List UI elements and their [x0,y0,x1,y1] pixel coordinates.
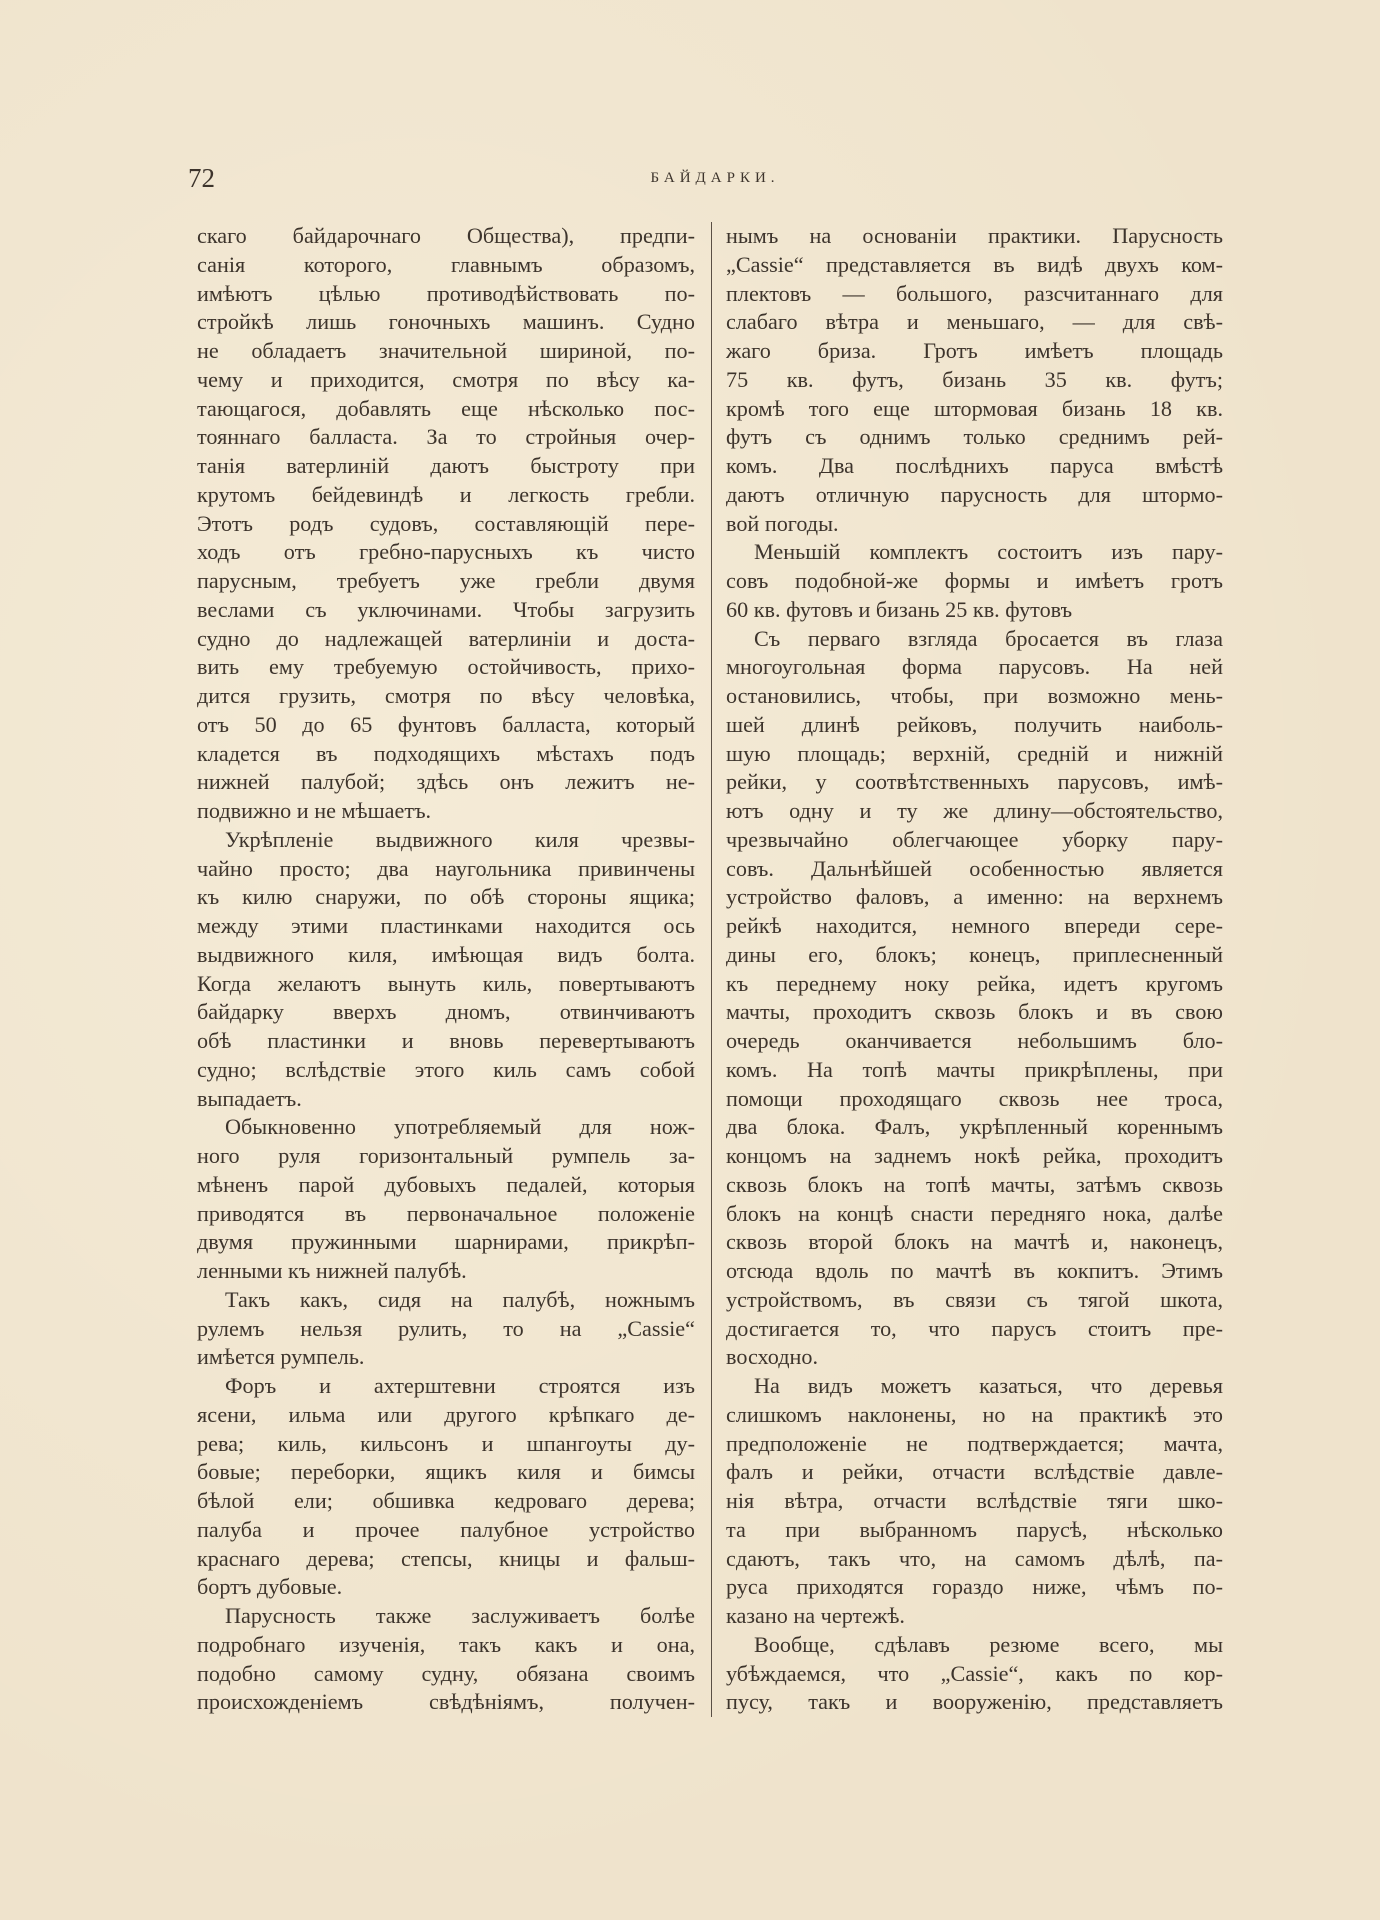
text-line: рейкѣ находится, немного впереди сере- [726,912,1223,941]
text-line: стройкѣ лишь гоночныхъ машинъ. Судно [197,308,695,337]
right-column: нымъ на основаніи практики. Парусность„C… [711,222,1223,1717]
text-line: байдарку вверхъ дномъ, отвинчиваютъ [197,998,695,1027]
text-line: бѣлой ели; обшивка кедроваго дерева; [197,1487,695,1516]
text-line: подобно самому судну, обязана своимъ [197,1660,695,1689]
text-line: „Cassie“ представляется въ видѣ двухъ ко… [726,251,1223,280]
text-line: казано на чертежѣ. [726,1602,1223,1631]
text-line: Когда желаютъ вынуть киль, повертываютъ [197,970,695,999]
text-line: тояннаго балласта. За то стройныя очер- [197,423,695,452]
text-line: имѣется румпель. [197,1343,695,1372]
text-line: двумя пружинными шарнирами, прикрѣп- [197,1228,695,1257]
text-line: убѣждаемся, что „Cassie“, какъ по кор- [726,1660,1223,1689]
text-line: блокъ на концѣ снасти передняго нока, да… [726,1200,1223,1229]
text-line: 75 кв. футъ, бизань 35 кв. футъ; [726,366,1223,395]
text-line: восходно. [726,1343,1223,1372]
text-line: помощи проходящаго сквозь нее троса, [726,1085,1223,1114]
text-line: жаго бриза. Гротъ имѣетъ площадь [726,337,1223,366]
text-line: обѣ пластинки и вновь перевертываютъ [197,1027,695,1056]
text-line: танія ватерлиній даютъ быстроту при [197,452,695,481]
text-line: ходъ отъ гребно-парусныхъ къ чисто [197,538,695,567]
text-line: не обладаетъ значительной шириной, по- [197,337,695,366]
text-line: шей длинѣ рейковъ, получить наиболь- [726,711,1223,740]
text-line: руса приходятся гораздо ниже, чѣмъ по- [726,1573,1223,1602]
left-column: скаго байдарочнаго Общества), предпи-сан… [197,222,709,1717]
text-line: Съ перваго взгляда бросается въ глаза [726,625,1223,654]
text-line: комъ. Два послѣднихъ паруса вмѣстѣ [726,452,1223,481]
text-line: Парусность также заслуживаетъ болѣе [197,1602,695,1631]
text-line: фалъ и рейки, отчасти вслѣдствіе давле- [726,1458,1223,1487]
running-title: БАЙДАРКИ. [0,170,1380,187]
text-line: дины его, блокъ; конецъ, приплесненный [726,941,1223,970]
text-line: выдвижного киля, имѣющая видъ болта. [197,941,695,970]
text-line: вить ему требуемую остойчивость, прихо- [197,653,695,682]
text-line: совъ подобной-же формы и имѣетъ гротъ [726,567,1223,596]
text-line: Вообще, сдѣлавъ резюме всего, мы [726,1631,1223,1660]
text-line: дится грузить, смотря по вѣсу человѣка, [197,682,695,711]
text-line: шую площадь; верхній, средній и нижній [726,740,1223,769]
text-line: ленными къ нижней палубѣ. [197,1257,695,1286]
text-line: остановились, чтобы, при возможно мень- [726,682,1223,711]
text-line: выпадаетъ. [197,1085,695,1114]
text-line: отсюда вдоль по мачтѣ въ кокпитъ. Этимъ [726,1257,1223,1286]
text-line: слишкомъ наклонены, но на практикѣ это [726,1401,1223,1430]
text-line: чрезвычайно облегчающее уборку пару- [726,826,1223,855]
text-line: Форъ и ахтерштевни строятся изъ [197,1372,695,1401]
text-line: многоугольная форма парусовъ. На ней [726,653,1223,682]
text-line: Укрѣпленіе выдвижного киля чрезвы- [197,826,695,855]
text-line: устройствомъ, въ связи съ тягой шкота, [726,1286,1223,1315]
text-line: тающагося, добавлять еще нѣсколько пос- [197,395,695,424]
text-line: На видъ можетъ казаться, что деревья [726,1372,1223,1401]
text-line: нымъ на основаніи практики. Парусность [726,222,1223,251]
text-line: Меньшій комплектъ состоитъ изъ пару- [726,538,1223,567]
text-line: бовые; переборки, ящикъ киля и бимсы [197,1458,695,1487]
text-line: происхожденіемъ свѣдѣніямъ, получен- [197,1688,695,1717]
text-line: Такъ какъ, сидя на палубѣ, ножнымъ [197,1286,695,1315]
text-line: кромѣ того еще штормовая бизань 18 кв. [726,395,1223,424]
text-line: между этими пластинками находится ось [197,912,695,941]
two-column-body: скаго байдарочнаго Общества), предпи-сан… [197,222,1237,1717]
text-line: санія которого, главнымъ образомъ, [197,251,695,280]
text-line: два блока. Фалъ, укрѣпленный кореннымъ [726,1113,1223,1142]
text-line: рулемъ нельзя рулить, то на „Cassie“ [197,1315,695,1344]
text-line: нія вѣтра, отчасти вслѣдствіе тяги шко- [726,1487,1223,1516]
text-line: имѣютъ цѣлью противодѣйствовать по- [197,280,695,309]
text-line: приводятся въ первоначальное положеніе [197,1200,695,1229]
text-line: Обыкновенно употребляемый для нож- [197,1113,695,1142]
text-line: вой погоды. [726,510,1223,539]
text-line: сквозь второй блокъ на мачтѣ и, наконецъ… [726,1228,1223,1257]
text-line: мѣненъ парой дубовыхъ педалей, которыя [197,1171,695,1200]
text-line: кладется въ подходящихъ мѣстахъ подъ [197,740,695,769]
text-line: чайно просто; два наугольника привинчены [197,855,695,884]
text-line: подвижно и не мѣшаетъ. [197,797,695,826]
text-line: ютъ одну и ту же длину—обстоятельство, [726,797,1223,826]
text-line: отъ 50 до 65 фунтовъ балласта, который [197,711,695,740]
text-line: къ килю снаружи, по обѣ стороны ящика; [197,883,695,912]
text-line: сквозь блокъ на топѣ мачты, затѣмъ сквоз… [726,1171,1223,1200]
text-line: пусу, такъ и вооруженію, представляетъ [726,1688,1223,1717]
text-line: судно; вслѣдствіе этого киль самъ собой [197,1056,695,1085]
text-line: мачты, проходитъ сквозь блокъ и въ свою [726,998,1223,1027]
text-line: къ переднему ноку рейка, идетъ кругомъ [726,970,1223,999]
text-line: крутомъ бейдевиндѣ и легкость гребли. [197,481,695,510]
text-line: судно до надлежащей ватерлиніи и доста- [197,625,695,654]
text-line: достигается то, что парусъ стоитъ пре- [726,1315,1223,1344]
text-line: ясени, ильма или другого крѣпкаго де- [197,1401,695,1430]
text-line: бортъ дубовые. [197,1573,695,1602]
text-line: парусным, требуетъ уже гребли двумя [197,567,695,596]
text-line: чему и приходится, смотря по вѣсу ка- [197,366,695,395]
text-line: рейки, у соотвѣтственныхъ парусовъ, имѣ- [726,768,1223,797]
text-line: плектовъ — большого, разсчитаннаго для [726,280,1223,309]
text-line: краснаго дерева; степсы, кницы и фальш- [197,1545,695,1574]
text-line: совъ. Дальнѣйшей особенностью является [726,855,1223,884]
text-line: подробнаго изученія, такъ какъ и она, [197,1631,695,1660]
text-line: Этотъ родъ судовъ, составляющій пере- [197,510,695,539]
text-line: рева; киль, кильсонъ и шпангоуты ду- [197,1430,695,1459]
text-line: очередь оканчивается небольшимъ бло- [726,1027,1223,1056]
text-line: футъ съ однимъ только среднимъ рей- [726,423,1223,452]
text-line: предположеніе не подтверждается; мачта, [726,1430,1223,1459]
text-line: 60 кв. футовъ и бизань 25 кв. футовъ [726,596,1223,625]
text-line: концомъ на заднемъ нокѣ рейка, проходитъ [726,1142,1223,1171]
text-line: сдаютъ, такъ что, на самомъ дѣлѣ, па- [726,1545,1223,1574]
text-line: устройство фаловъ, а именно: на верхнемъ [726,883,1223,912]
text-line: скаго байдарочнаго Общества), предпи- [197,222,695,251]
text-line: та при выбранномъ парусѣ, нѣсколько [726,1516,1223,1545]
text-line: палуба и прочее палубное устройство [197,1516,695,1545]
text-line: слабаго вѣтра и меньшаго, — для свѣ- [726,308,1223,337]
text-line: даютъ отличную парусность для штормо- [726,481,1223,510]
text-line: комъ. На топѣ мачты прикрѣплены, при [726,1056,1223,1085]
text-line: нижней палубой; здѣсь онъ лежитъ не- [197,768,695,797]
text-line: ного руля горизонтальный румпель за- [197,1142,695,1171]
text-line: веслами съ уключинами. Чтобы загрузить [197,596,695,625]
